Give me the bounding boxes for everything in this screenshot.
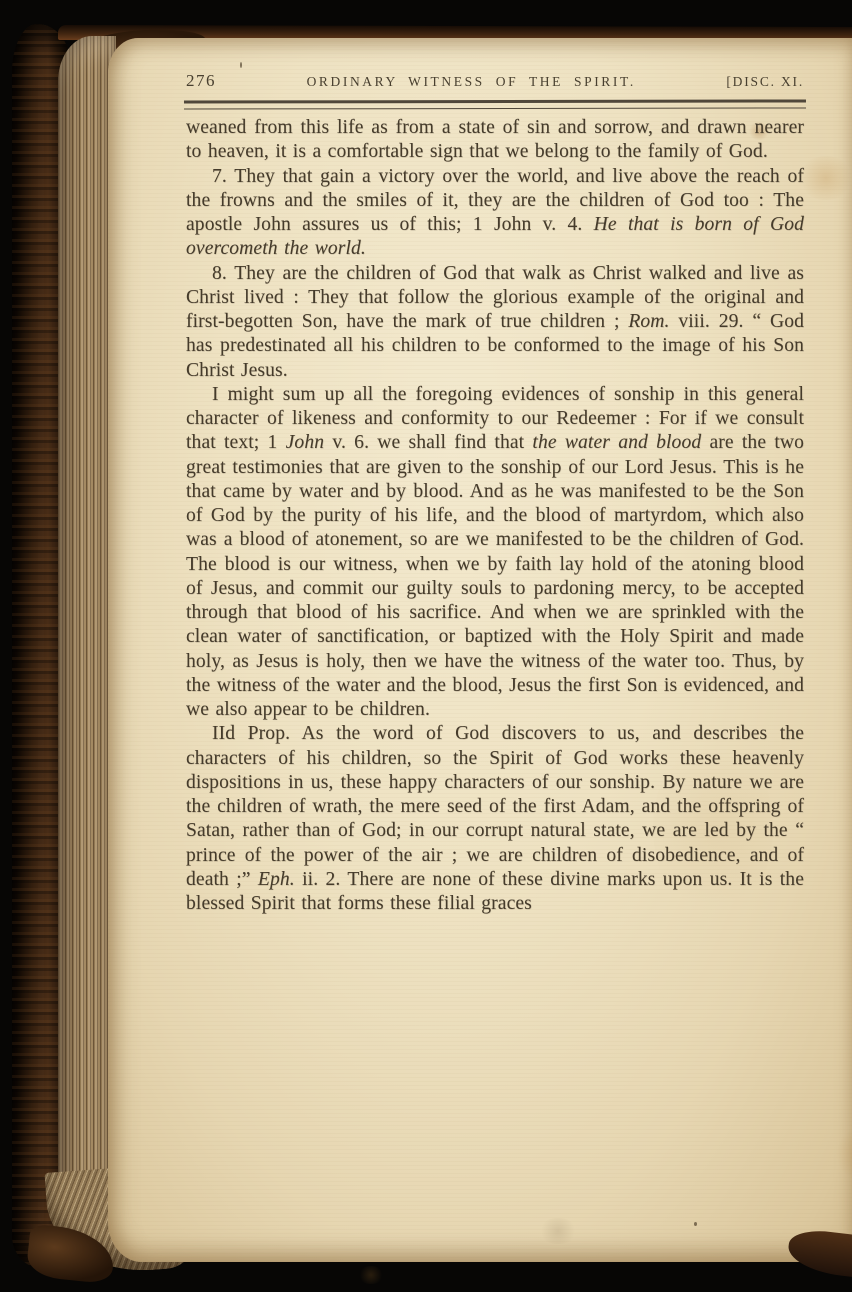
- italic-run: Rom.: [628, 311, 669, 332]
- italic-run: John: [286, 432, 325, 453]
- book-photo: 276 ORDINARY WITNESS OF THE SPIRIT. [DIS…: [0, 0, 852, 1292]
- text-block: weaned from this life as from a state of…: [186, 116, 804, 916]
- text-run: v. 6. we shall find that: [324, 432, 532, 453]
- header-rule: [184, 99, 806, 109]
- text-run: IId Prop. As the word of God discovers t…: [186, 723, 804, 890]
- foxing-stain: [834, 1128, 852, 1180]
- foxing-stain: [358, 1266, 384, 1284]
- book-cover-corner-bottom-right: [786, 1227, 852, 1281]
- italic-run: the water and blood: [532, 432, 701, 453]
- paragraph: IId Prop. As the word of God discovers t…: [186, 722, 804, 916]
- page-number: 276: [186, 71, 216, 91]
- running-header: 276 ORDINARY WITNESS OF THE SPIRIT. [DIS…: [186, 71, 804, 91]
- paragraph: I might sum up all the foregoing evidenc…: [186, 383, 804, 723]
- foxing-stain: [538, 1218, 578, 1244]
- italic-run: Eph.: [258, 869, 295, 890]
- paragraph: 8. They are the children of God that wal…: [186, 262, 804, 383]
- paragraph: weaned from this life as from a state of…: [186, 116, 804, 165]
- paragraph: 7. They that gain a victory over the wor…: [186, 165, 804, 262]
- foxing-stain: [798, 156, 852, 200]
- section-marker: [DISC. XI.: [726, 74, 804, 90]
- text-run: are the two great testimonies that are g…: [186, 432, 804, 720]
- running-title: ORDINARY WITNESS OF THE SPIRIT.: [216, 74, 726, 90]
- text-run: weaned from this life as from a state of…: [186, 117, 804, 162]
